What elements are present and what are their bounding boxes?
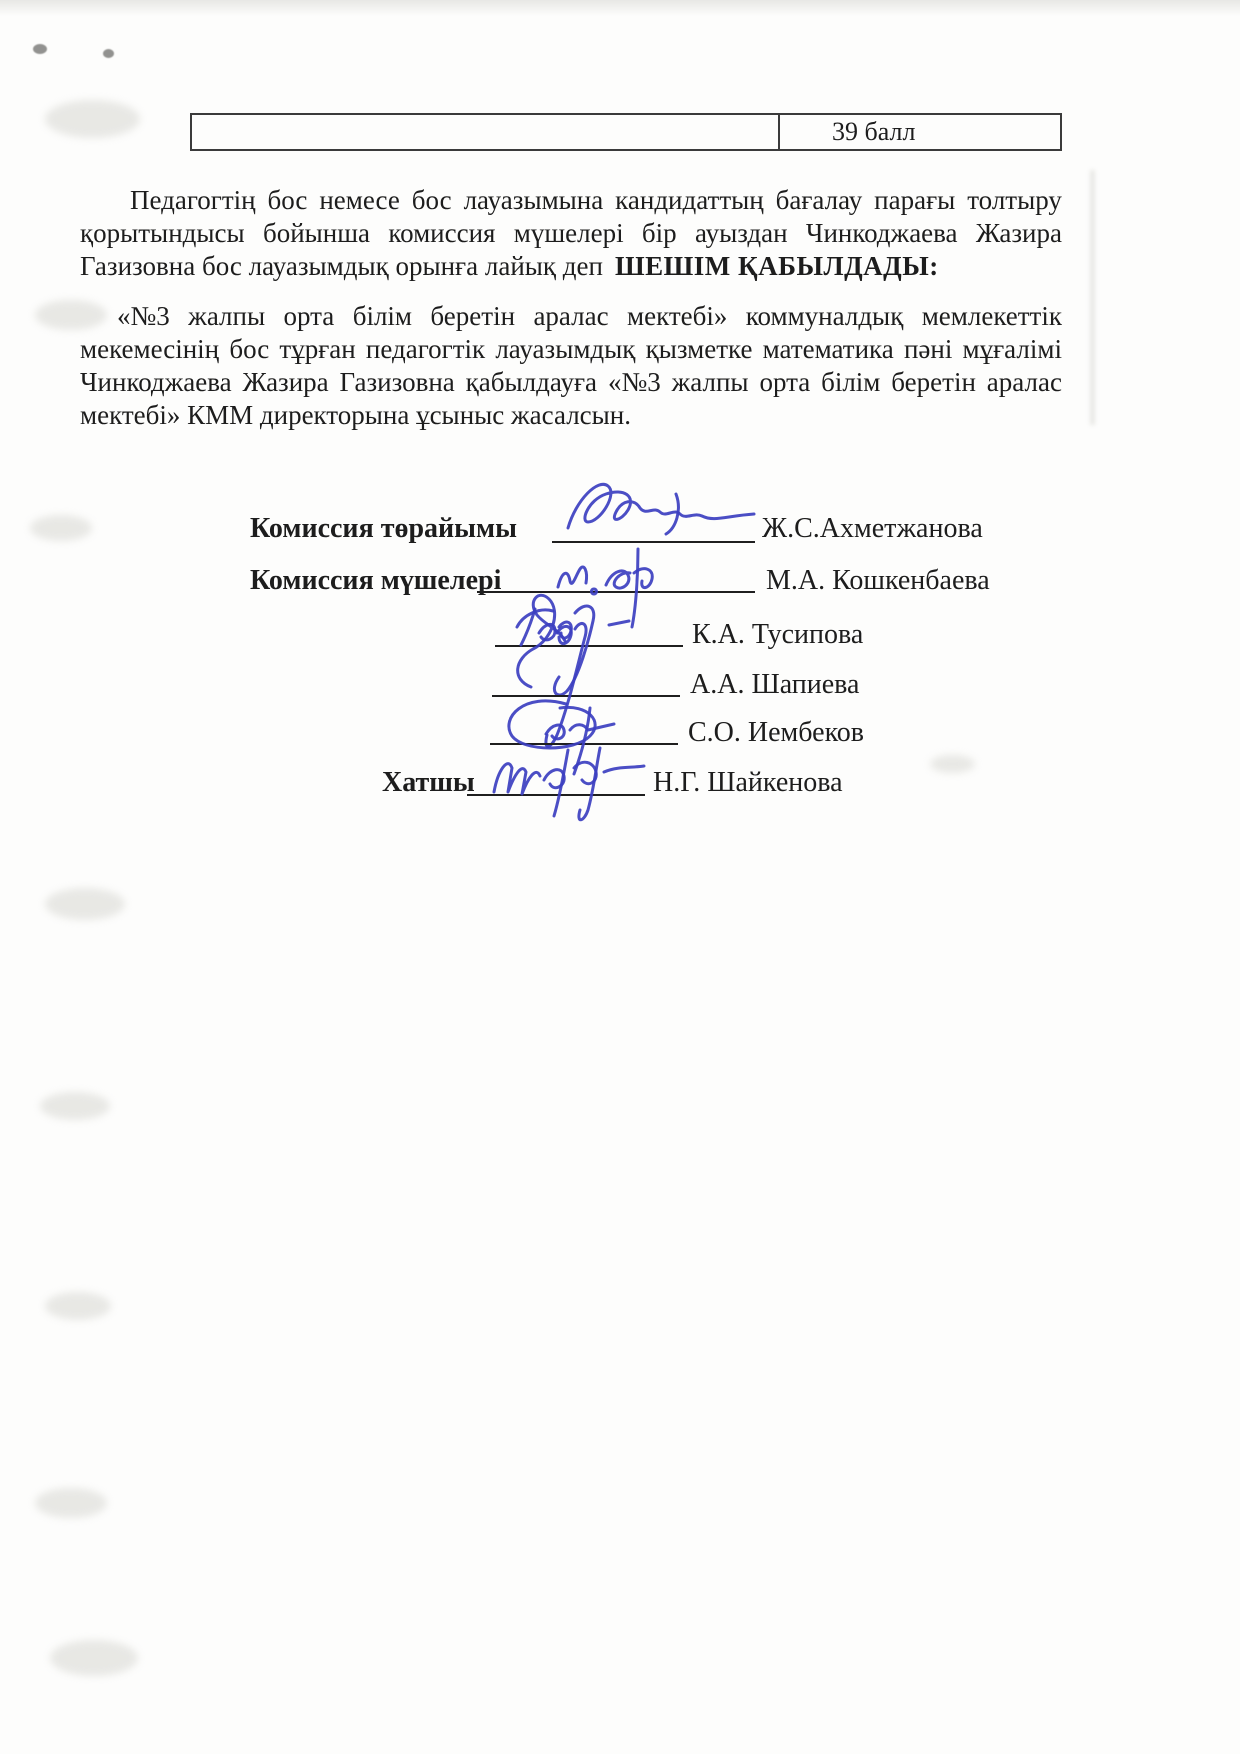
decision-paragraph-line1: Педагогтіңбоснемесебослауазымынакандидат… [80, 184, 1062, 217]
signature-ink-chairman [558, 470, 768, 545]
scan-smudge [50, 1640, 138, 1676]
signature-label-secretary: Хатшы [382, 767, 475, 799]
scanned-document-page: 39 балл Педагогтіңбоснемесебослауазымына… [0, 0, 1240, 1754]
scan-smudge [35, 1488, 107, 1518]
decision-text: Газизовна бос лауазымдық орынға лайық де… [80, 251, 603, 281]
score-value: 39 балл [832, 117, 915, 147]
score-table: 39 балл [190, 113, 1062, 151]
signature-label-chairman: Комиссия төрайымы [250, 513, 517, 545]
scan-smudge [30, 515, 92, 541]
scan-smudge [930, 755, 975, 773]
scan-smudge [45, 888, 125, 920]
signature-name-chairman: Ж.С.Ахметжанова [762, 513, 983, 545]
scan-speck [33, 44, 47, 54]
signature-name-member-3: А.А. Шапиева [690, 669, 859, 701]
recommendation-paragraph-line3: ЧинкоджаеваЖазираГазизовнақабылдауға«№3ж… [80, 366, 1062, 399]
signature-label-members: Комиссия мүшелері [250, 565, 501, 597]
signature-name-member-4: С.О. Иембеков [688, 717, 864, 749]
recommendation-paragraph: «№3жалпыортабілімберетінараласмектебі»ко… [80, 300, 1062, 432]
scan-edge-shadow [0, 0, 1240, 16]
decision-paragraph: Педагогтіңбоснемесебослауазымынакандидат… [80, 184, 1062, 283]
scan-smudge [45, 1292, 111, 1320]
scan-speck [103, 49, 114, 58]
recommendation-paragraph-line4: мектебі» КММ директорына ұсыныс жасалсын… [80, 399, 1062, 432]
decision-paragraph-line3: Газизовна бос лауазымдық орынға лайық де… [80, 250, 1062, 283]
scan-smudge [45, 100, 140, 138]
scan-smudge [40, 1092, 110, 1120]
recommendation-paragraph-line2: мекемесініңбостұрғанпедагогтіклауазымдық… [80, 333, 1062, 366]
decision-resolution-text: ШЕШІМ ҚАБЫЛДАДЫ: [615, 251, 939, 281]
signature-name-secretary: Н.Г. Шайкенова [653, 767, 843, 799]
scan-edge-streak [1090, 170, 1095, 425]
decision-paragraph-line2: қорытындысыбойыншакомиссиямүшелерібірауы… [80, 217, 1062, 250]
signature-name-member-1: М.А. Кошкенбаева [766, 565, 990, 597]
recommendation-paragraph-line1: «№3жалпыортабілімберетінараласмектебі»ко… [80, 300, 1062, 333]
score-table-score-cell: 39 балл [780, 115, 1060, 149]
signature-name-member-2: К.А. Тусипова [692, 619, 863, 651]
score-table-empty-cell [192, 115, 780, 149]
